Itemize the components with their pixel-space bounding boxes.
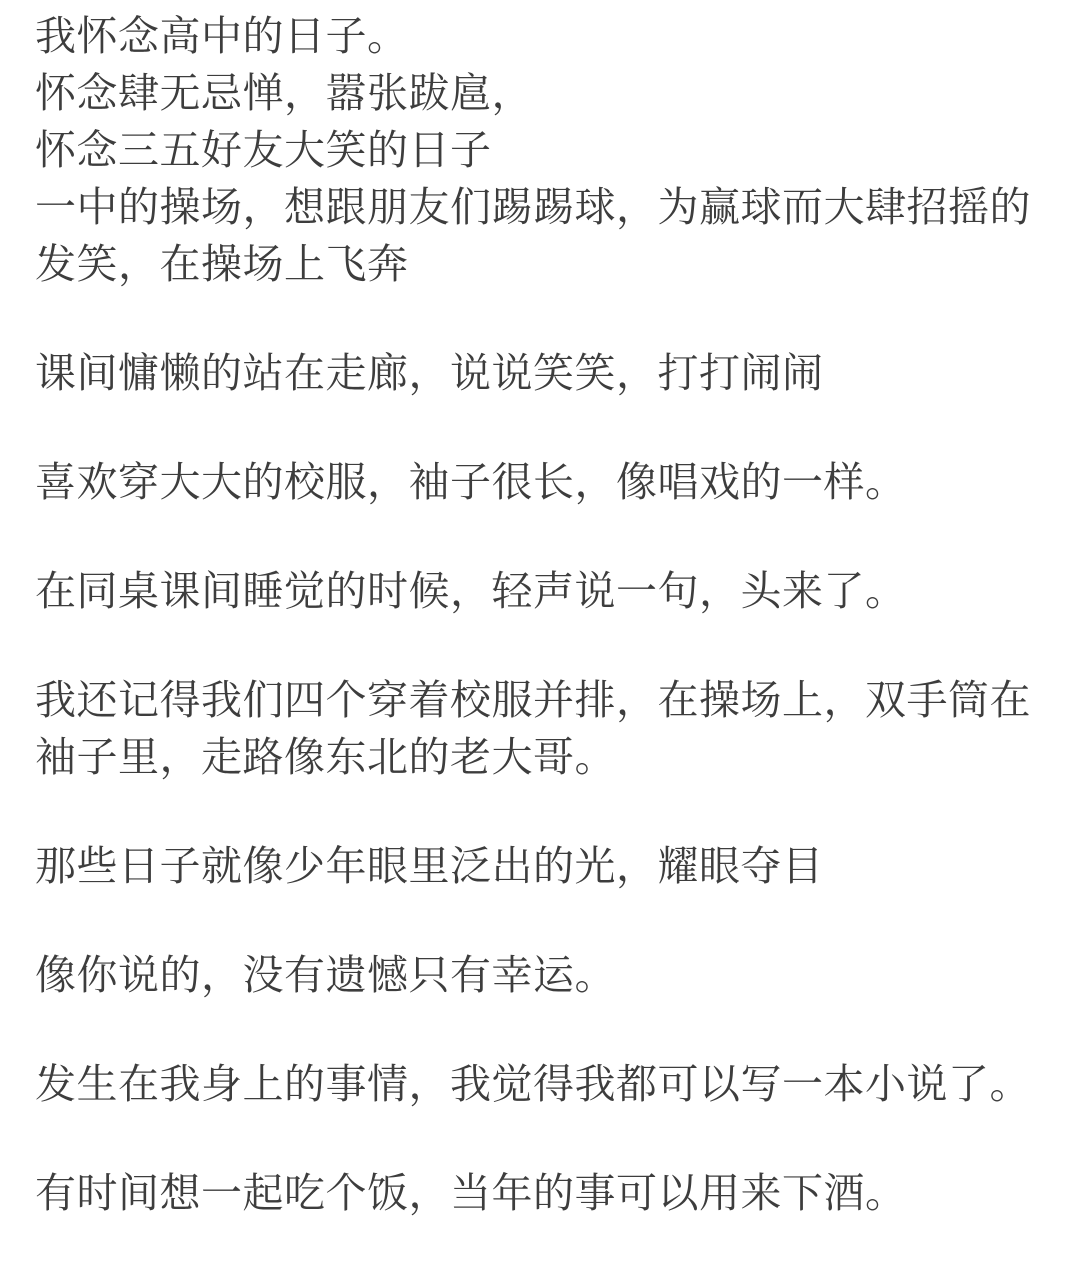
text-body: 我怀念高中的日子。怀念肆无忌惮，嚣张跋扈，怀念三五好友大笑的日子一中的操场，想跟… <box>35 8 1052 1222</box>
text-line: 那些日子就像少年眼里泛出的光，耀眼夺目 <box>35 838 1052 895</box>
text-line: 发生在我身上的事情，我觉得我都可以写一本小说了。 <box>35 1056 1052 1113</box>
text-line: 一中的操场，想跟朋友们踢踢球，为赢球而大肆招摇的 <box>35 179 1052 236</box>
paragraph: 像你说的，没有遗憾只有幸运。 <box>35 947 1052 1004</box>
text-line: 课间慵懒的站在走廊，说说笑笑，打打闹闹 <box>35 345 1052 402</box>
text-line: 怀念三五好友大笑的日子 <box>35 122 1052 179</box>
page: 我怀念高中的日子。怀念肆无忌惮，嚣张跋扈，怀念三五好友大笑的日子一中的操场，想跟… <box>0 0 1080 1262</box>
text-line: 我怀念高中的日子。 <box>35 8 1052 65</box>
text-line: 怀念肆无忌惮，嚣张跋扈， <box>35 65 1052 122</box>
paragraph: 那些日子就像少年眼里泛出的光，耀眼夺目 <box>35 838 1052 895</box>
text-line: 喜欢穿大大的校服，袖子很长，像唱戏的一样。 <box>35 454 1052 511</box>
text-line: 像你说的，没有遗憾只有幸运。 <box>35 947 1052 1004</box>
text-line: 我还记得我们四个穿着校服并排，在操场上，双手筒在 <box>35 672 1052 729</box>
paragraph: 我还记得我们四个穿着校服并排，在操场上，双手筒在袖子里，走路像东北的老大哥。 <box>35 672 1052 786</box>
text-line: 发笑，在操场上飞奔 <box>35 236 1052 293</box>
paragraph: 课间慵懒的站在走廊，说说笑笑，打打闹闹 <box>35 345 1052 402</box>
text-line: 在同桌课间睡觉的时候，轻声说一句，头来了。 <box>35 563 1052 620</box>
paragraph: 在同桌课间睡觉的时候，轻声说一句，头来了。 <box>35 563 1052 620</box>
text-line: 袖子里，走路像东北的老大哥。 <box>35 729 1052 786</box>
paragraph: 有时间想一起吃个饭，当年的事可以用来下酒。 <box>35 1165 1052 1222</box>
paragraph: 发生在我身上的事情，我觉得我都可以写一本小说了。 <box>35 1056 1052 1113</box>
text-line: 有时间想一起吃个饭，当年的事可以用来下酒。 <box>35 1165 1052 1222</box>
paragraph: 我怀念高中的日子。怀念肆无忌惮，嚣张跋扈，怀念三五好友大笑的日子一中的操场，想跟… <box>35 8 1052 293</box>
paragraph: 喜欢穿大大的校服，袖子很长，像唱戏的一样。 <box>35 454 1052 511</box>
